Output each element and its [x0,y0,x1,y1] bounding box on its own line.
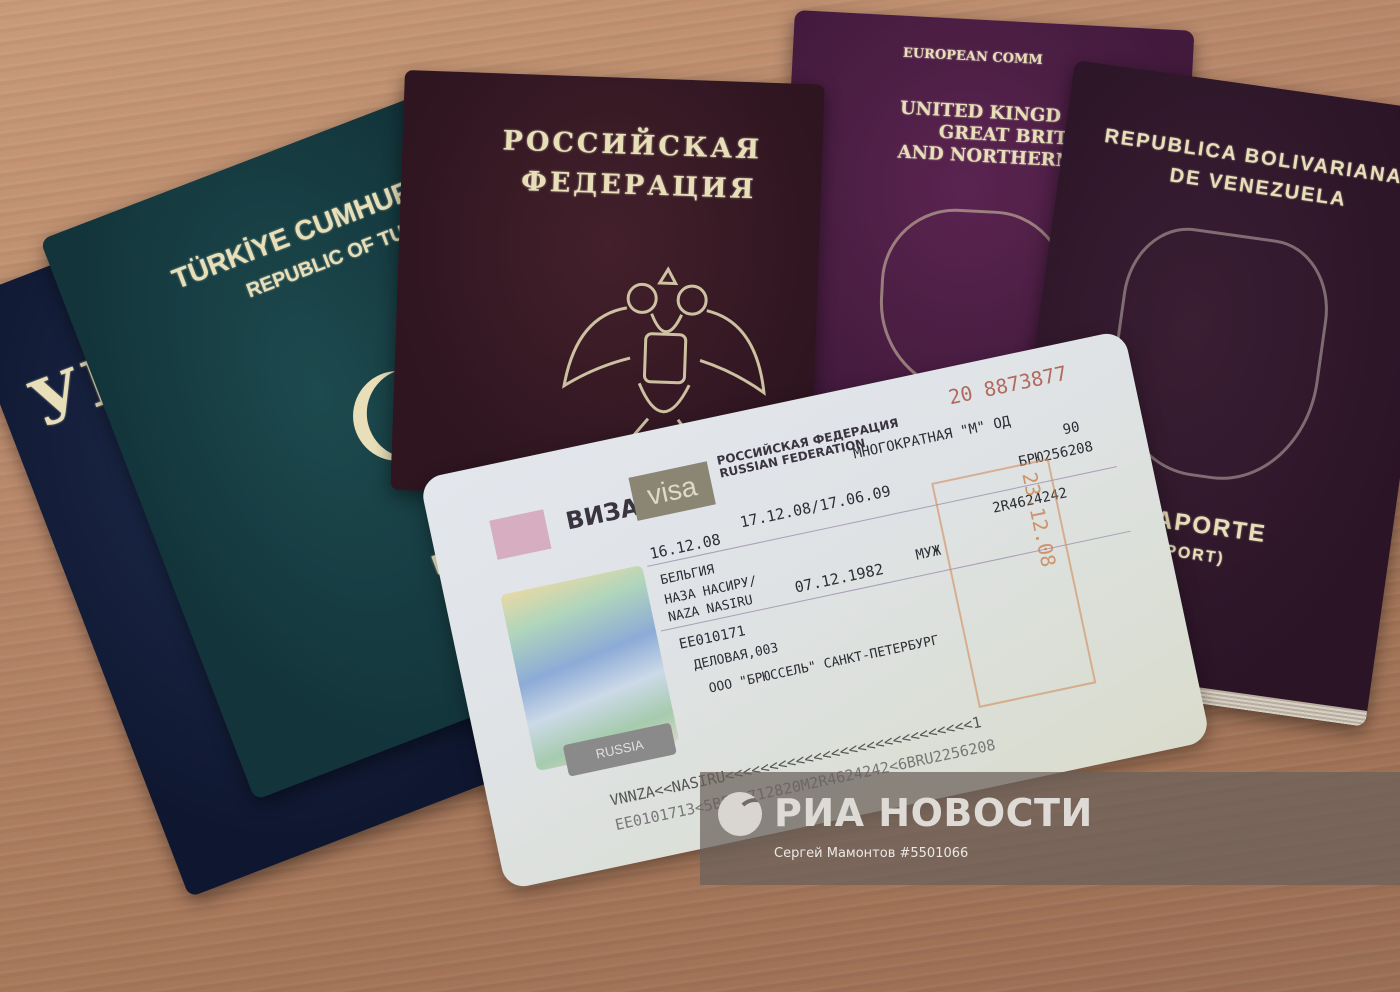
visa-label-en: visa [628,461,715,521]
visa-birth-date: 07.12.1982 [793,560,885,596]
uk-header: EUROPEAN COMM [902,46,1043,68]
visa-validity: 17.12.08/17.06.09 [738,482,892,532]
uk-title: UNITED KINGD GREAT BRIT AND NORTHERN [897,98,1075,173]
visa-label-ru: ВИЗА [563,493,641,536]
watermark-brand: РИА НОВОСТИ [774,791,1093,835]
russia-title-line2: ФЕДЕРАЦИЯ [521,166,757,205]
pink-security-block [489,509,551,560]
russia-title-line1: РОССИЙСКАЯ [502,125,763,165]
entry-stamp: 23.12.08 [931,458,1096,708]
visa-duration: 90 [1061,419,1081,438]
ria-novosti-watermark: РИА НОВОСТИ Сергей Мамонтов #5501066 [700,772,1400,885]
visa-inviting-party: ООО "БРЮССЕЛЬ" САНКТ-ПЕТЕРБУРГ [708,633,941,696]
photo-credit: Сергей Мамонтов #5501066 [774,846,968,861]
visa-sex: МУЖ [914,543,942,564]
visa-serial-number: 20 8873877 [946,361,1069,410]
ria-globe-icon [718,792,762,836]
